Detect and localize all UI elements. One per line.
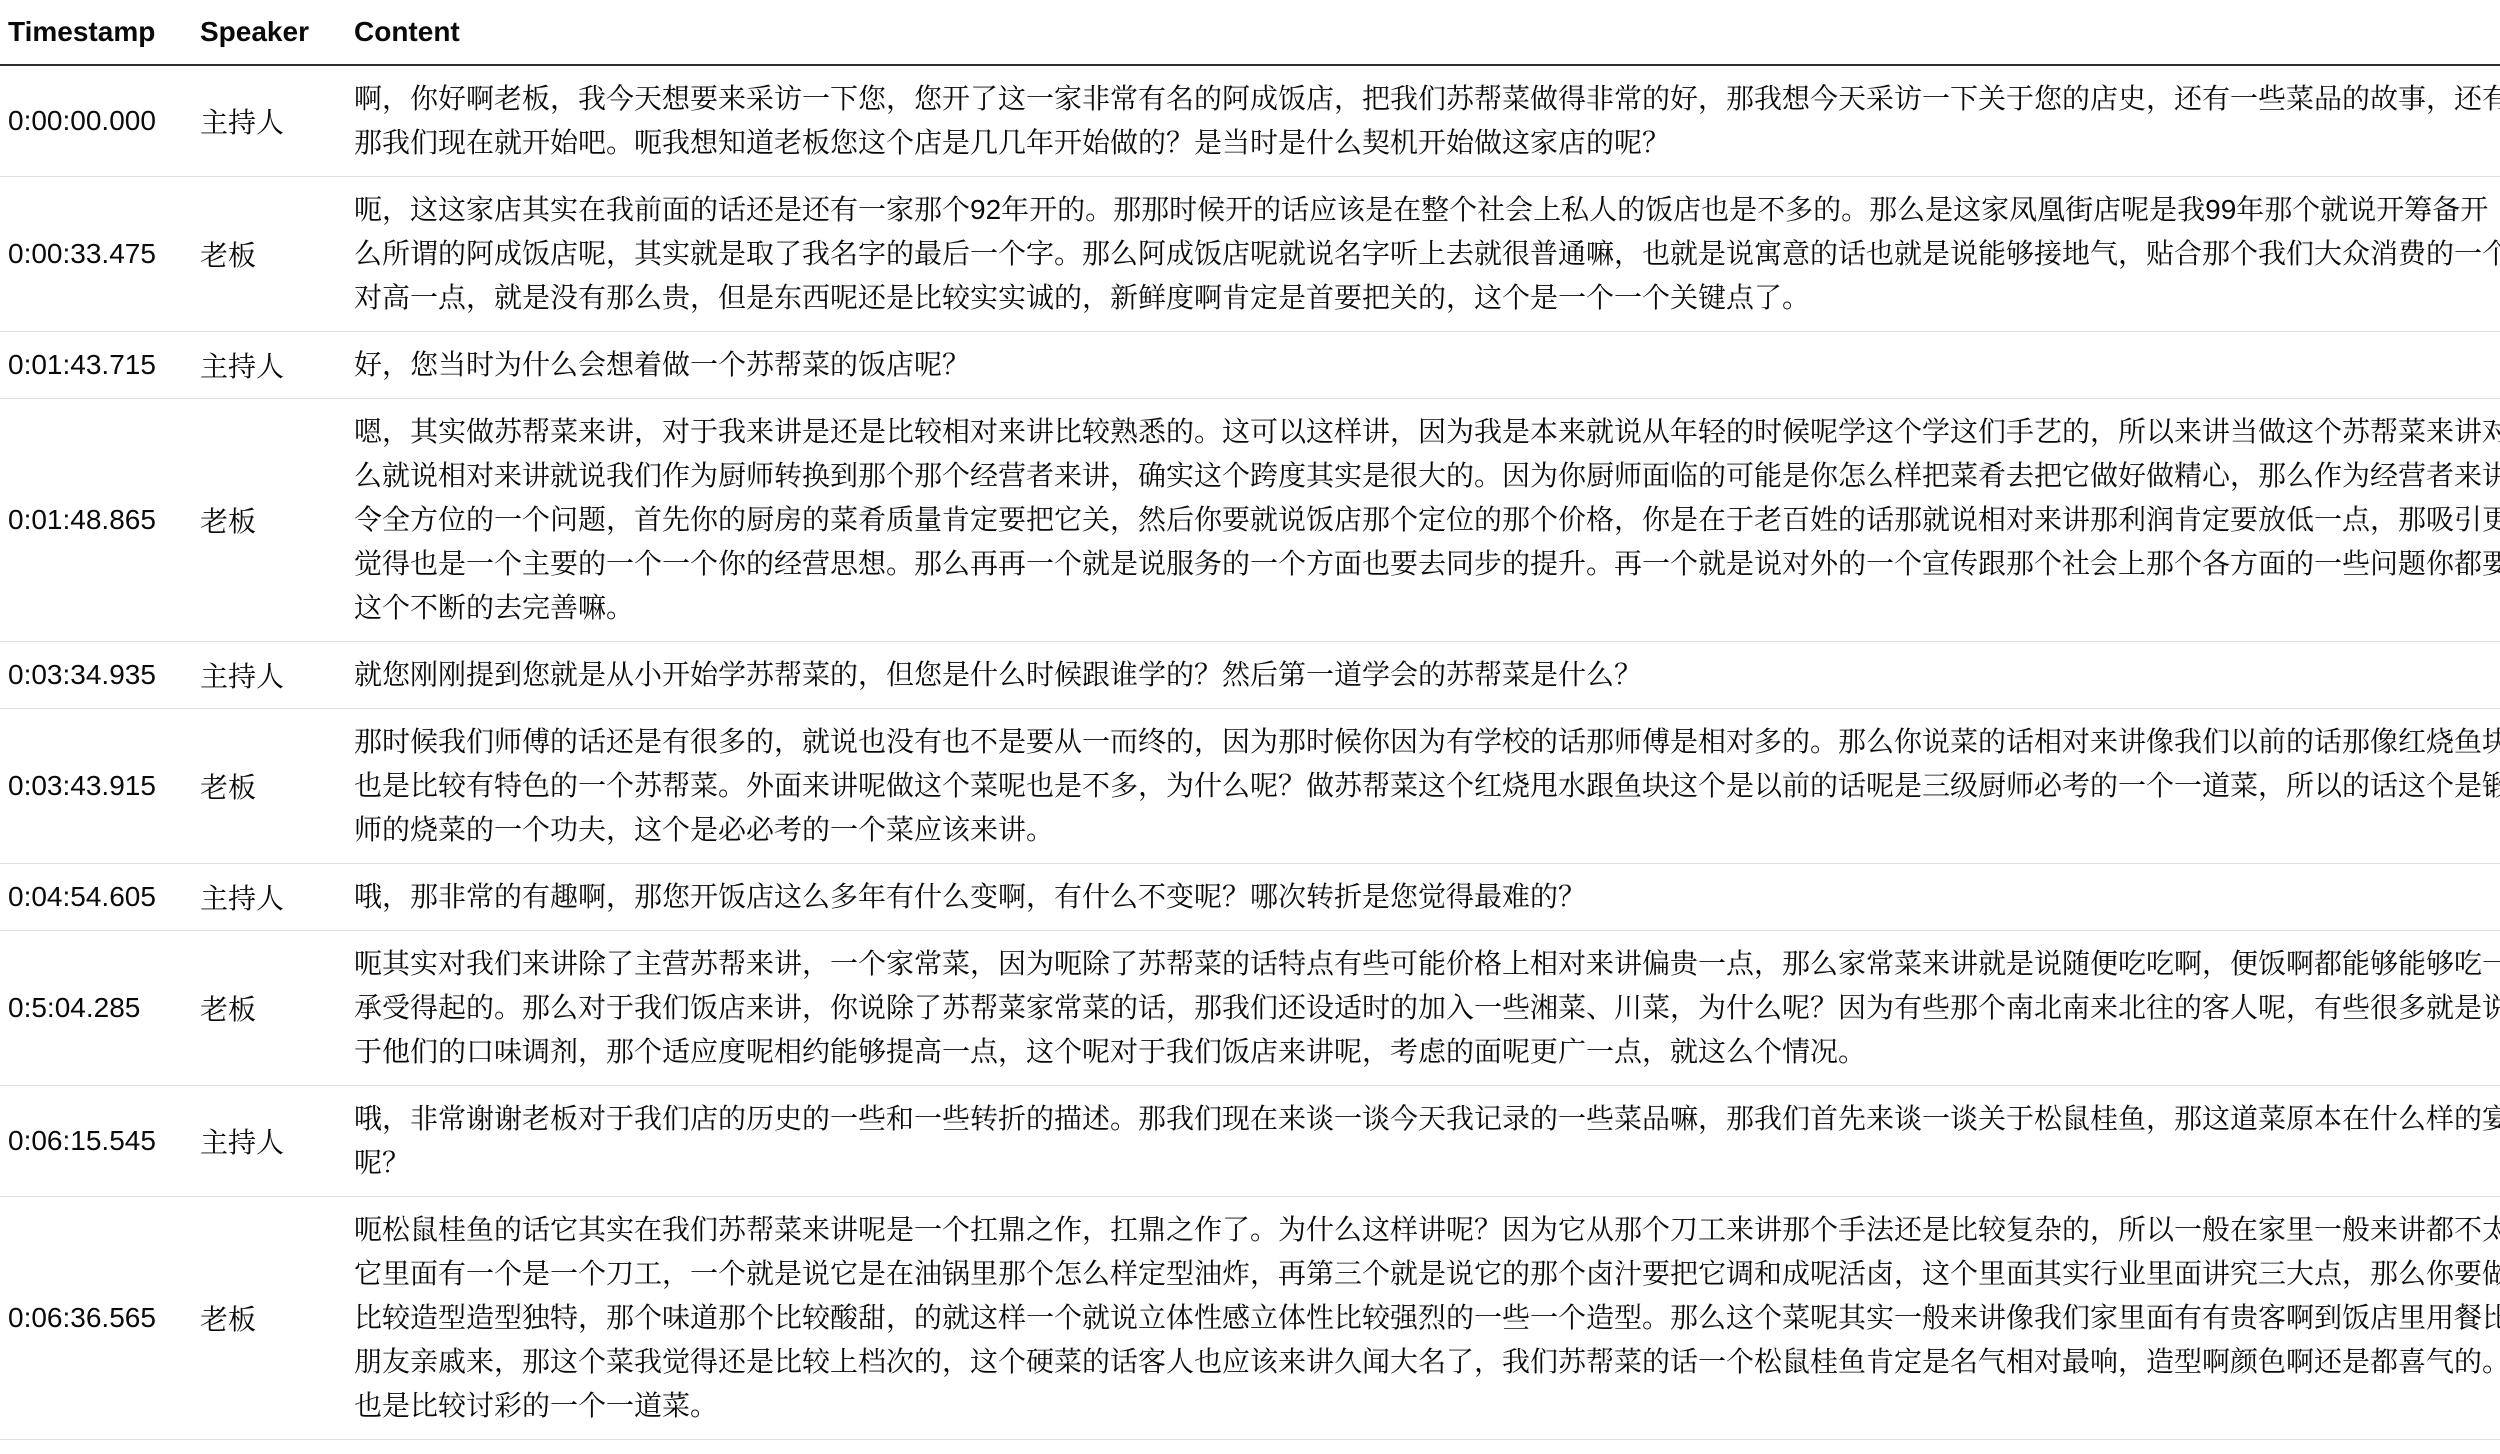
content-line: 哦，那非常的有趣啊，那您开饭店这么多年有什么变啊，有什么不变呢？哪次转折是您觉得… [354, 875, 2500, 919]
timestamp-cell: 0:00:00.000 [0, 105, 200, 137]
timestamp-cell: 0:03:43.915 [0, 770, 200, 802]
content-line: 么所谓的阿成饭店呢，其实就是取了我名字的最后一个字。那么阿成饭店呢就说名字听上去… [354, 232, 2500, 276]
content-line: 于他们的口味调剂，那个适应度呢相约能够提高一点，这个呢对于我们饭店来讲呢，考虑的… [354, 1030, 2500, 1074]
table-row: 0:06:15.545 主持人 哦，非常谢谢老板对于我们店的历史的一些和一些转折… [0, 1086, 2500, 1197]
content-line: 呢？ [354, 1141, 2500, 1185]
table-row: 0:06:36.565 老板 呃松鼠桂鱼的话它其实在我们苏帮菜来讲呢是一个扛鼎之… [0, 1197, 2500, 1440]
content-cell: 呃松鼠桂鱼的话它其实在我们苏帮菜来讲呢是一个扛鼎之作，扛鼎之作了。为什么这样讲呢… [354, 1208, 2500, 1428]
table-row: 0:00:33.475 老板 呃，这这家店其实在我前面的话还是还有一家那个92年… [0, 177, 2500, 332]
content-line: 呃其实对我们来讲除了主营苏帮来讲，一个家常菜，因为呃除了苏帮菜的话特点有些可能价… [354, 942, 2500, 986]
speaker-cell: 主持人 [200, 345, 354, 385]
content-line: 对高一点，就是没有那么贵，但是东西呢还是比较实实诚的，新鲜度啊肯定是首要把关的，… [354, 276, 2500, 320]
speaker-cell: 老板 [200, 234, 354, 274]
content-cell: 嗯，其实做苏帮菜来讲，对于我来讲是还是比较相对来讲比较熟悉的。这可以这样讲，因为… [354, 410, 2500, 630]
content-line: 那我们现在就开始吧。呃我想知道老板您这个店是几几年开始做的？是当时是什么契机开始… [354, 121, 2500, 165]
content-line: 令全方位的一个问题，首先你的厨房的菜肴质量肯定要把它关，然后你要就说饭店那个定位… [354, 498, 2500, 542]
content-line: 朋友亲戚来，那这个菜我觉得还是比较上档次的，这个硬菜的话客人也应该来讲久闻大名了… [354, 1340, 2500, 1384]
timestamp-cell: 0:03:34.935 [0, 659, 200, 691]
content-line: 就您刚刚提到您就是从小开始学苏帮菜的，但您是什么时候跟谁学的？然后第一道学会的苏… [354, 653, 2500, 697]
table-row: 0:04:54.605 主持人 哦，那非常的有趣啊，那您开饭店这么多年有什么变啊… [0, 864, 2500, 931]
timestamp-cell: 0:5:04.285 [0, 992, 200, 1024]
content-line: 呃松鼠桂鱼的话它其实在我们苏帮菜来讲呢是一个扛鼎之作，扛鼎之作了。为什么这样讲呢… [354, 1208, 2500, 1252]
content-cell: 好，您当时为什么会想着做一个苏帮菜的饭店呢？ [354, 343, 2500, 387]
content-line: 也是比较有特色的一个苏帮菜。外面来讲呢做这个菜呢也是不多，为什么呢？做苏帮菜这个… [354, 764, 2500, 808]
table-row: 0:03:43.915 老板 那时候我们师傅的话还是有很多的，就说也没有也不是要… [0, 709, 2500, 864]
speaker-cell: 老板 [200, 500, 354, 540]
content-cell: 那时候我们师傅的话还是有很多的，就说也没有也不是要从一而终的，因为那时候你因为有… [354, 720, 2500, 852]
content-line: 啊，你好啊老板，我今天想要来采访一下您，您开了这一家非常有名的阿成饭店，把我们苏… [354, 77, 2500, 121]
speaker-cell: 老板 [200, 988, 354, 1028]
content-line: 好，您当时为什么会想着做一个苏帮菜的饭店呢？ [354, 343, 2500, 387]
table-row: 0:5:04.285 老板 呃其实对我们来讲除了主营苏帮来讲，一个家常菜，因为呃… [0, 931, 2500, 1086]
speaker-cell: 主持人 [200, 655, 354, 695]
table-row: 0:00:00.000 主持人 啊，你好啊老板，我今天想要来采访一下您，您开了这… [0, 66, 2500, 177]
col-header-timestamp: Timestamp [0, 16, 200, 48]
content-line: 这个不断的去完善嘛。 [354, 586, 2500, 630]
content-cell: 啊，你好啊老板，我今天想要来采访一下您，您开了这一家非常有名的阿成饭店，把我们苏… [354, 77, 2500, 165]
table-header: Timestamp Speaker Content [0, 0, 2500, 66]
speaker-cell: 老板 [200, 766, 354, 806]
col-header-speaker: Speaker [200, 16, 354, 48]
speaker-cell: 老板 [200, 1298, 354, 1338]
speaker-cell: 主持人 [200, 1121, 354, 1161]
content-cell: 哦，非常谢谢老板对于我们店的历史的一些和一些转折的描述。那我们现在来谈一谈今天我… [354, 1097, 2500, 1185]
table-row: 0:01:48.865 老板 嗯，其实做苏帮菜来讲，对于我来讲是还是比较相对来讲… [0, 399, 2500, 642]
content-cell: 哦，那非常的有趣啊，那您开饭店这么多年有什么变啊，有什么不变呢？哪次转折是您觉得… [354, 875, 2500, 919]
table-row: 0:01:43.715 主持人 好，您当时为什么会想着做一个苏帮菜的饭店呢？ [0, 332, 2500, 399]
transcript-table: Timestamp Speaker Content 0:00:00.000 主持… [0, 0, 2500, 1440]
content-line: 呃，这这家店其实在我前面的话还是还有一家那个92年开的。那那时候开的话应该是在整… [354, 188, 2500, 232]
timestamp-cell: 0:01:43.715 [0, 349, 200, 381]
content-cell: 就您刚刚提到您就是从小开始学苏帮菜的，但您是什么时候跟谁学的？然后第一道学会的苏… [354, 653, 2500, 697]
content-line: 师的烧菜的一个功夫，这个是必必考的一个菜应该来讲。 [354, 808, 2500, 852]
content-line: 那时候我们师傅的话还是有很多的，就说也没有也不是要从一而终的，因为那时候你因为有… [354, 720, 2500, 764]
col-header-content: Content [354, 16, 2500, 48]
table-row: 0:03:34.935 主持人 就您刚刚提到您就是从小开始学苏帮菜的，但您是什么… [0, 642, 2500, 709]
content-line: 比较造型造型独特，那个味道那个比较酸甜，的就这样一个就说立体性感立体性比较强烈的… [354, 1296, 2500, 1340]
content-line: 也是比较讨彩的一个一道菜。 [354, 1384, 2500, 1428]
content-line: 承受得起的。那么对于我们饭店来讲，你说除了苏帮菜家常菜的话，那我们还设适时的加入… [354, 986, 2500, 1030]
speaker-cell: 主持人 [200, 101, 354, 141]
content-cell: 呃其实对我们来讲除了主营苏帮来讲，一个家常菜，因为呃除了苏帮菜的话特点有些可能价… [354, 942, 2500, 1074]
content-line: 它里面有一个是一个刀工，一个就是说它是在油锅里那个怎么样定型油炸，再第三个就是说… [354, 1252, 2500, 1296]
content-line: 嗯，其实做苏帮菜来讲，对于我来讲是还是比较相对来讲比较熟悉的。这可以这样讲，因为… [354, 410, 2500, 454]
content-line: 哦，非常谢谢老板对于我们店的历史的一些和一些转折的描述。那我们现在来谈一谈今天我… [354, 1097, 2500, 1141]
content-line: 觉得也是一个主要的一个一个你的经营思想。那么再再一个就是说服务的一个方面也要去同… [354, 542, 2500, 586]
speaker-cell: 主持人 [200, 877, 354, 917]
content-line: 么就说相对来讲就说我们作为厨师转换到那个那个经营者来讲，确实这个跨度其实是很大的… [354, 454, 2500, 498]
timestamp-cell: 0:06:15.545 [0, 1125, 200, 1157]
timestamp-cell: 0:06:36.565 [0, 1302, 200, 1334]
timestamp-cell: 0:04:54.605 [0, 881, 200, 913]
timestamp-cell: 0:01:48.865 [0, 504, 200, 536]
timestamp-cell: 0:00:33.475 [0, 238, 200, 270]
content-cell: 呃，这这家店其实在我前面的话还是还有一家那个92年开的。那那时候开的话应该是在整… [354, 188, 2500, 320]
